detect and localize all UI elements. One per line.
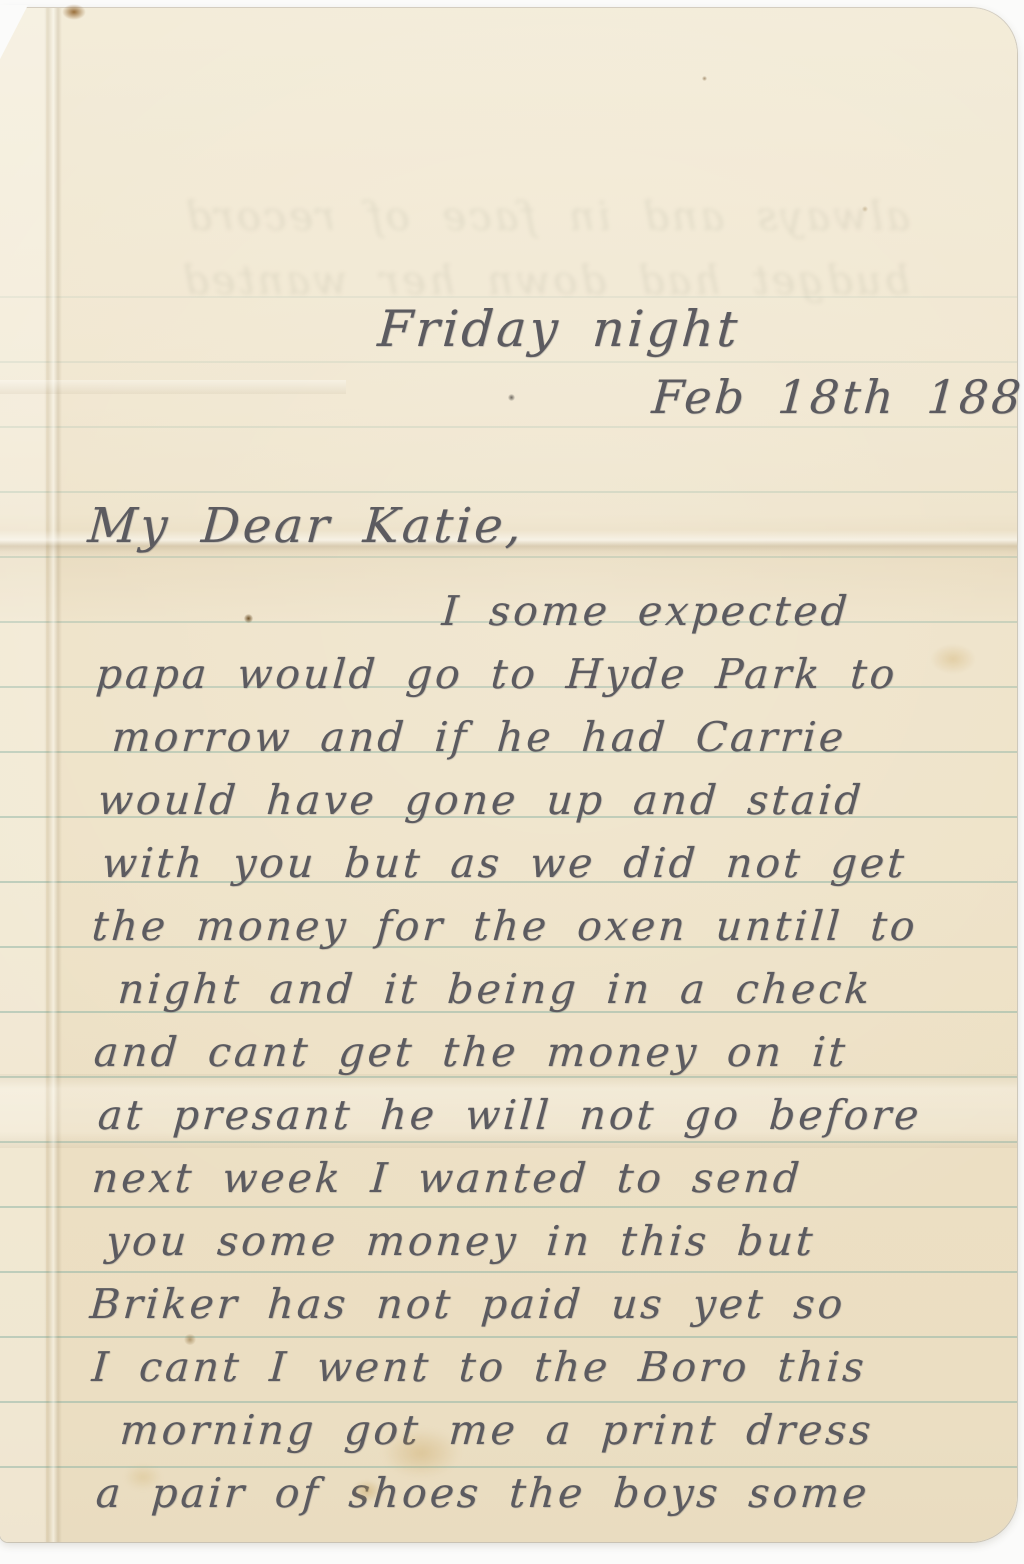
date-line-day: Friday night xyxy=(376,300,742,358)
letter-line: I cant I went to the Boro this xyxy=(90,1336,992,1399)
stain xyxy=(352,1480,382,1502)
letter-line: a pair of shoes the boys some xyxy=(94,1462,992,1525)
letter-line: morning got me a print dress xyxy=(118,1399,992,1462)
letter-line: papa would go to Hyde Park to xyxy=(94,643,992,706)
letter-line: I some expected xyxy=(440,580,992,643)
stain xyxy=(124,1464,162,1490)
stain xyxy=(62,4,86,20)
salutation: My Dear Katie, xyxy=(86,498,526,554)
scanned-letter-page: always and in face of record budget had … xyxy=(0,0,1024,1564)
stain xyxy=(930,644,976,674)
letter-paper-sheet: always and in face of record budget had … xyxy=(0,8,1017,1542)
stain xyxy=(382,1428,460,1478)
letter-line: would have gone up and staid xyxy=(96,769,992,832)
stain xyxy=(508,394,515,401)
vertical-fold-crease xyxy=(44,8,62,1542)
letter-line: night and it being in a check xyxy=(116,958,992,1021)
stain xyxy=(862,206,868,212)
stain xyxy=(184,1334,196,1345)
stain xyxy=(244,614,253,623)
letter-line: at presant he will not go before xyxy=(96,1084,992,1147)
ink-bleed-through-line: budget had down her wanted xyxy=(110,258,910,304)
letter-line: morrow and if he had Carrie xyxy=(110,706,992,769)
letter-line: Briker has not paid us yet so xyxy=(88,1273,992,1336)
stain xyxy=(702,76,707,81)
ink-bleed-through-line: always and in face of record xyxy=(110,194,910,240)
letter-line: you some money in this but xyxy=(104,1210,992,1273)
date-line-date: Feb 18th 1887 xyxy=(650,370,1024,424)
minor-crease-upper xyxy=(0,380,346,394)
letter-line: and cant get the money on it xyxy=(92,1021,992,1084)
letter-line: with you but as we did not get xyxy=(100,832,992,895)
letter-body: I some expected papa would go to Hyde Pa… xyxy=(90,580,990,1525)
letter-line: the money for the oxen untill to xyxy=(90,895,992,958)
letter-line: next week I wanted to send xyxy=(90,1147,992,1210)
